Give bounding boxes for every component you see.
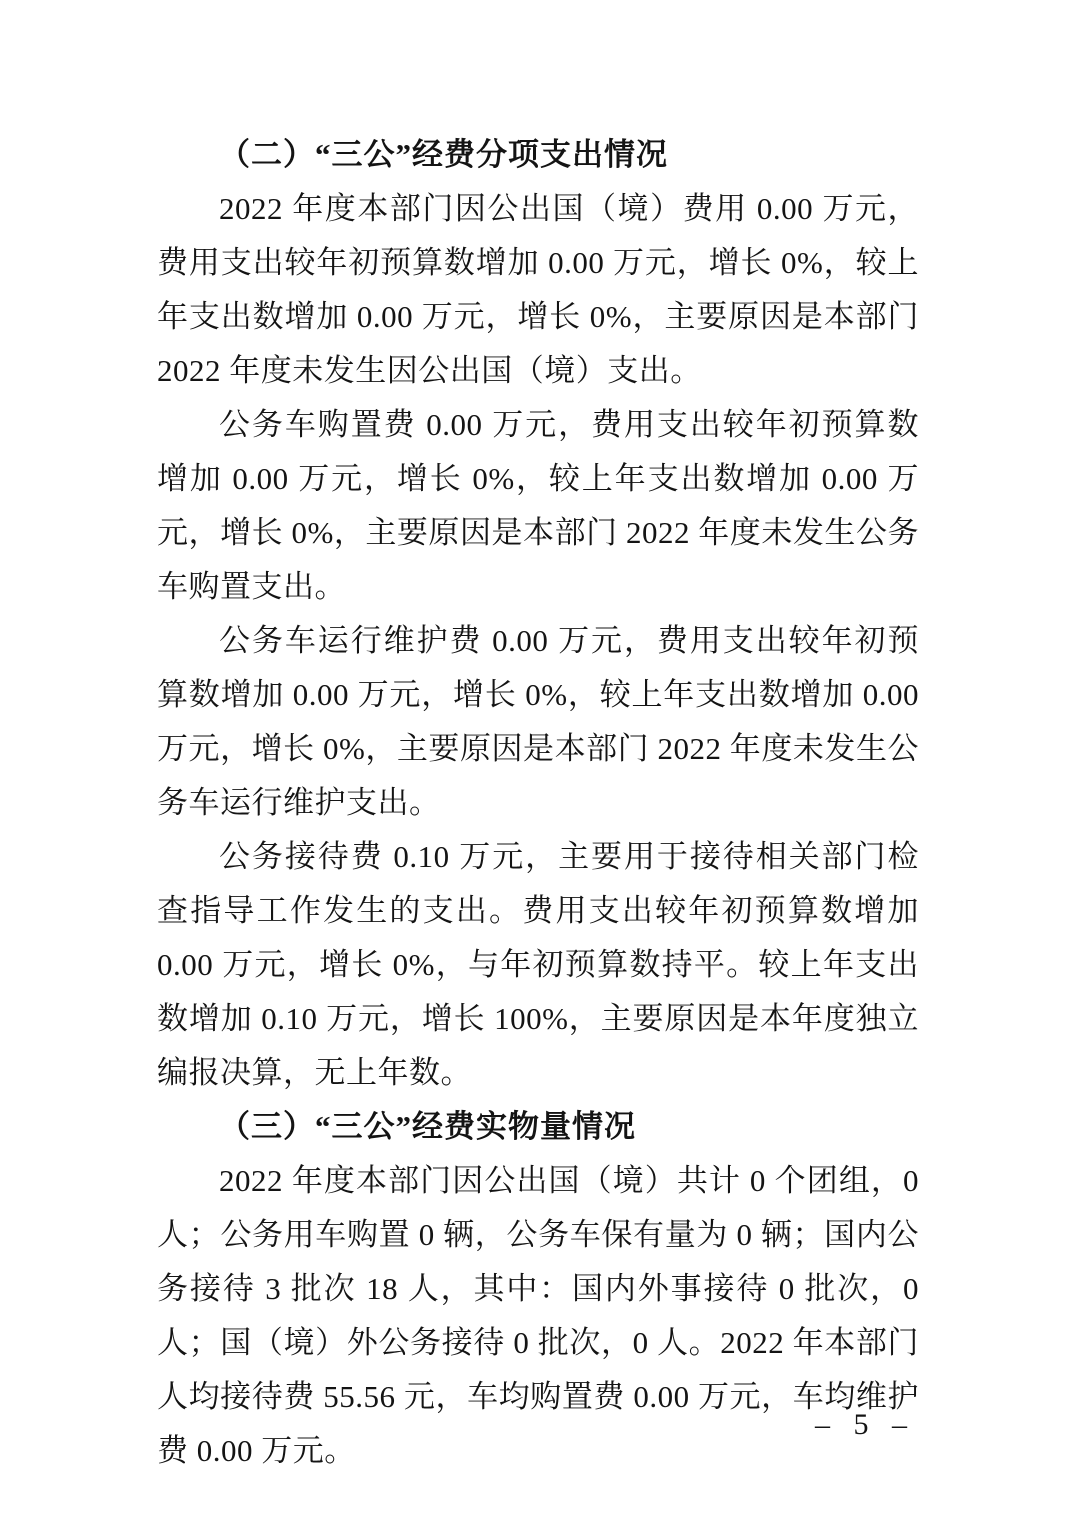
- paragraph: 公务车运行维护费 0.00 万元，费用支出较年初预算数增加 0.00 万元，增长…: [157, 614, 919, 830]
- paragraph: 公务接待费 0.10 万元，主要用于接待相关部门检查指导工作发生的支出。费用支出…: [157, 830, 919, 1100]
- section-heading: （二）“三公”经费分项支出情况: [157, 128, 919, 182]
- section-heading: （三）“三公”经费实物量情况: [157, 1100, 919, 1154]
- page-number: – 5 –: [815, 1408, 915, 1442]
- document-body: （二）“三公”经费分项支出情况2022 年度本部门因公出国（境）费用 0.00 …: [157, 128, 919, 1478]
- paragraph: 2022 年度本部门因公出国（境）费用 0.00 万元，费用支出较年初预算数增加…: [157, 182, 919, 398]
- document-page: （二）“三公”经费分项支出情况2022 年度本部门因公出国（境）费用 0.00 …: [0, 0, 1075, 1521]
- paragraph: 2022 年度本部门因公出国（境）共计 0 个团组，0 人；公务用车购置 0 辆…: [157, 1154, 919, 1478]
- paragraph: 公务车购置费 0.00 万元，费用支出较年初预算数增加 0.00 万元，增长 0…: [157, 398, 919, 614]
